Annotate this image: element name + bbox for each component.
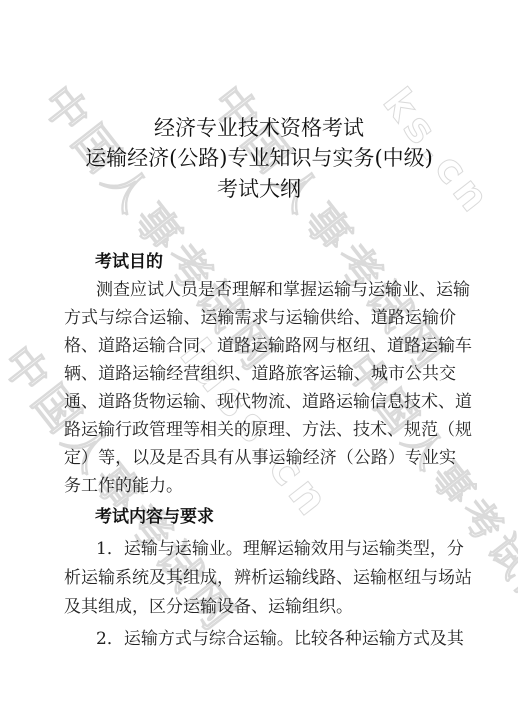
paragraph-line: 析运输系统及其组成，辨析运输线路、运输枢纽与场站 [64, 567, 456, 589]
paragraph-line: 路运输行政管理等相关的原理、方法、技术、规范（规 [64, 419, 456, 441]
section-heading-exam-purpose: 考试目的 [95, 251, 163, 273]
paragraph-line: 格、道路运输合同、道路运输路网与枢纽、道路运输车 [64, 335, 456, 357]
paragraph-line: 务工作的能力。 [64, 475, 456, 497]
paragraph-line: 及其组成，区分运输设备、运输组织。 [64, 596, 456, 618]
paragraph-line: 方式与综合运输、运输需求与运输供给、道路运输价 [64, 307, 456, 329]
document-title-line-2: 运输经济(公路)专业知识与实务(中级) [0, 145, 518, 171]
paragraph-line: 通、道路货物运输、现代物流、道路运输信息技术、道 [64, 391, 456, 413]
document-title-line-3: 考试大纲 [0, 176, 518, 202]
document-title-line-1: 经济专业技术资格考试 [0, 115, 518, 141]
paragraph-line: 定）等，以及是否具有从事运输经济（公路）专业实 [64, 447, 456, 469]
document-page: 中国人事考试网 中国人事考试网 ks.cn 中国人事考试网 lass.cn 中国… [0, 0, 518, 724]
paragraph-line: 测查应试人员是否理解和掌握运输与运输业、运输 [96, 279, 456, 301]
section-heading-exam-content: 考试内容与要求 [95, 506, 214, 528]
paragraph-line: 2．运输方式与综合运输。比较各种运输方式及其 [96, 628, 456, 650]
paragraph-line: 辆、道路运输经营组织、道路旅客运输、城市公共交 [64, 363, 456, 385]
paragraph-line: 1．运输与运输业。理解运输效用与运输类型，分 [96, 538, 456, 560]
